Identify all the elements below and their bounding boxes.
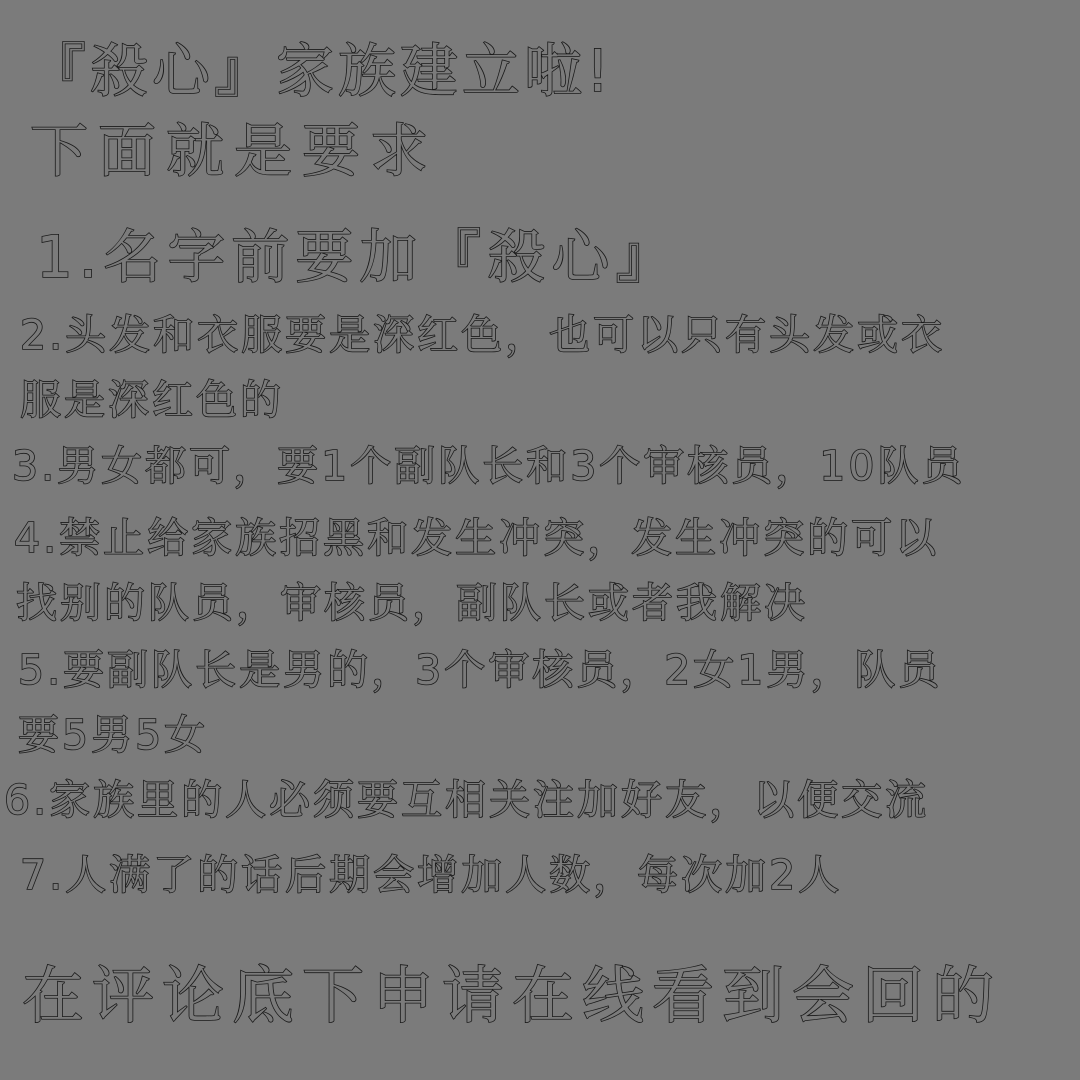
- handwritten-notice-canvas: 『殺心』家族建立啦! 下面就是要求 1.名字前要加『殺心』 2.头发和衣服要是深…: [0, 0, 1080, 1080]
- notice-title: 『殺心』家族建立啦!: [28, 42, 613, 100]
- rule-4-line-1: 4.禁止给家族招黑和发生冲突，发生冲突的可以: [14, 518, 939, 559]
- rule-7-line-1: 7.人满了的话后期会增加人数，每次加2人: [20, 855, 842, 896]
- rule-5-line-2: 要5男5女: [18, 715, 208, 756]
- rule-5-line-1: 5.要副队长是男的，3个审核员，2女1男，队员: [18, 650, 942, 691]
- rule-2-line-1: 2.头发和衣服要是深红色，也可以只有头发或衣: [20, 315, 945, 356]
- rule-6-line-1: 6.家族里的人必须要互相关注加好友，以便交流: [4, 780, 929, 821]
- notice-footer: 在评论底下申请在线看到会回的: [22, 965, 1002, 1027]
- rule-2-line-2: 服是深红色的: [20, 380, 284, 421]
- rule-4-line-2: 找别的队员，审核员，副队长或者我解决: [16, 583, 808, 624]
- rule-3-line-1: 3.男女都可，要1个副队长和3个审核员，10队员: [12, 446, 965, 487]
- rule-1-line-1: 1.名字前要加『殺心』: [36, 228, 679, 286]
- notice-subtitle: 下面就是要求: [30, 122, 438, 180]
